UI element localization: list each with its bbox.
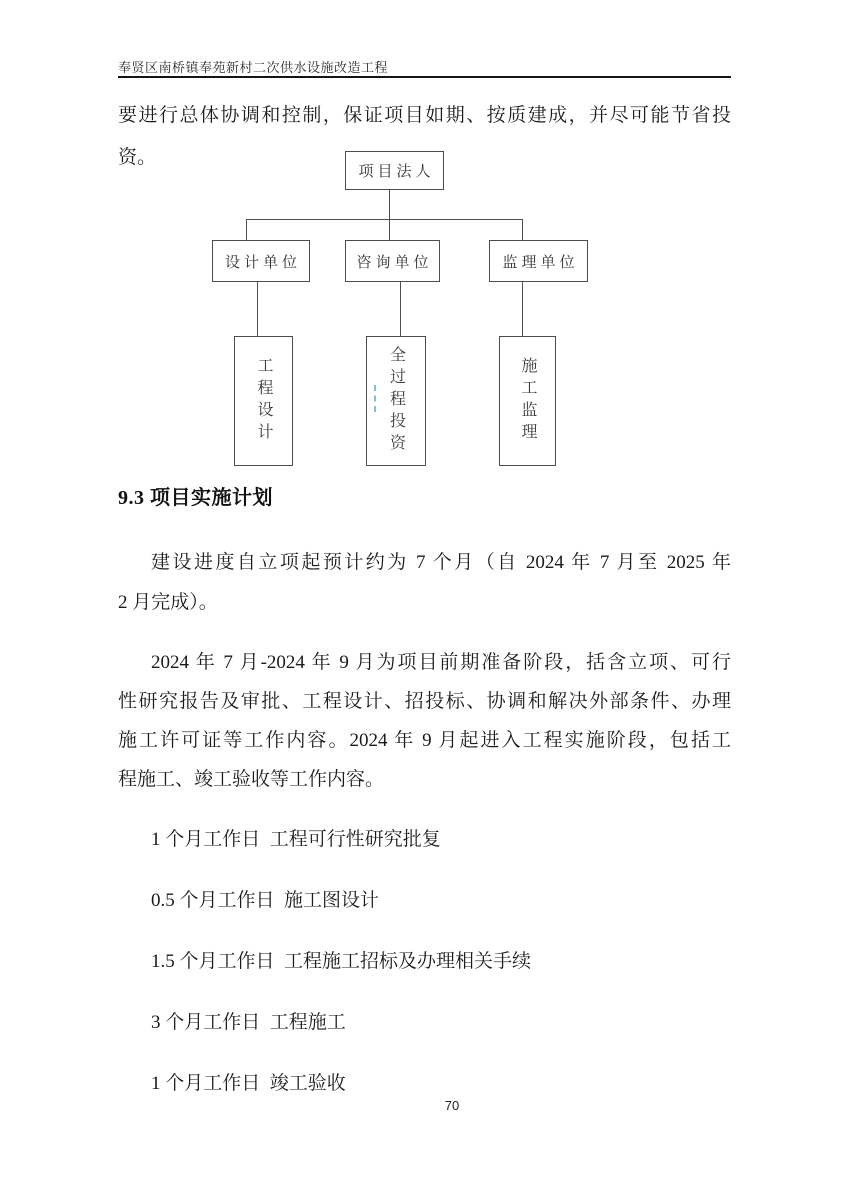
org-chart-connector-line xyxy=(400,282,401,336)
org-chart-box-label: 全过程投资 xyxy=(385,346,408,456)
text-line: 性研究报告及审批、工程设计、招投标、协调和解决外部条件、办理 xyxy=(118,682,731,721)
org-chart-box-engineering-design: 工程设计 xyxy=(234,336,293,466)
section-heading: 9.3 项目实施计划 xyxy=(118,481,273,510)
org-chart-box-design-unit: 设计单位 xyxy=(212,240,310,282)
schedule-summary-paragraph: 建设进度自立项起预计约为 7 个月（自 2024 年 7 月至 2025 年 2… xyxy=(118,543,731,623)
schedule-item: 3 个月工作日 工程施工 xyxy=(118,1003,731,1043)
document-page: 奉贤区南桥镇奉苑新村二次供水设施改造工程 要进行总体协调和控制，保证项目如期、按… xyxy=(0,0,849,1200)
org-chart-connector-line xyxy=(389,190,390,219)
org-chart-box-construction-supervision: 施工监理 xyxy=(499,336,556,466)
org-chart-box-label: 项目法人 xyxy=(354,160,434,181)
phases-paragraph: 2024 年 7 月-2024 年 9 月为项目前期准备阶段，括含立项、可行 性… xyxy=(118,643,731,799)
schedule-item: 0.5 个月工作日 施工图设计 xyxy=(118,881,731,921)
org-chart-box-label: 咨询单位 xyxy=(352,251,432,272)
running-header-title: 奉贤区南桥镇奉苑新村二次供水设施改造工程 xyxy=(118,57,388,76)
org-chart-box-consulting-unit: 咨询单位 xyxy=(345,240,440,282)
schedule-item: 1 个月工作日 工程可行性研究批复 xyxy=(118,820,731,860)
text-line: 2 月完成）。 xyxy=(118,583,731,623)
text-line: 要进行总体协调和控制，保证项目如期、按质建成，并尽可能节省投 xyxy=(118,95,731,137)
org-chart-box-project-legal-person: 项目法人 xyxy=(345,151,444,190)
org-chart-connector-line xyxy=(522,219,523,240)
org-chart-box-supervision-unit: 监理单位 xyxy=(489,240,588,282)
org-chart-connector-line xyxy=(246,219,523,220)
org-chart-box-label: 施工监理 xyxy=(516,357,539,445)
page-number: 70 xyxy=(0,1098,849,1113)
proofing-mark xyxy=(374,385,376,412)
org-chart-connector-line xyxy=(522,282,523,336)
header-rule xyxy=(118,76,731,78)
schedule-list: 1 个月工作日 工程可行性研究批复 0.5 个月工作日 施工图设计 1.5 个月… xyxy=(118,820,731,1125)
org-chart-connector-line xyxy=(246,219,247,240)
org-chart-box-label: 监理单位 xyxy=(498,251,578,272)
text-line: 程施工、竣工验收等工作内容。 xyxy=(118,760,731,799)
org-chart-connector-line xyxy=(389,219,390,240)
text-line: 建设进度自立项起预计约为 7 个月（自 2024 年 7 月至 2025 年 xyxy=(118,543,731,583)
org-chart-connector-line xyxy=(257,282,258,336)
text-line: 施工许可证等工作内容。2024 年 9 月起进入工程实施阶段，包括工 xyxy=(118,721,731,760)
schedule-item: 1.5 个月工作日 工程施工招标及办理相关手续 xyxy=(118,942,731,982)
org-chart-box-label: 设计单位 xyxy=(221,251,301,272)
org-chart-box-label: 工程设计 xyxy=(252,357,275,445)
text-line: 2024 年 7 月-2024 年 9 月为项目前期准备阶段，括含立项、可行 xyxy=(118,643,731,682)
